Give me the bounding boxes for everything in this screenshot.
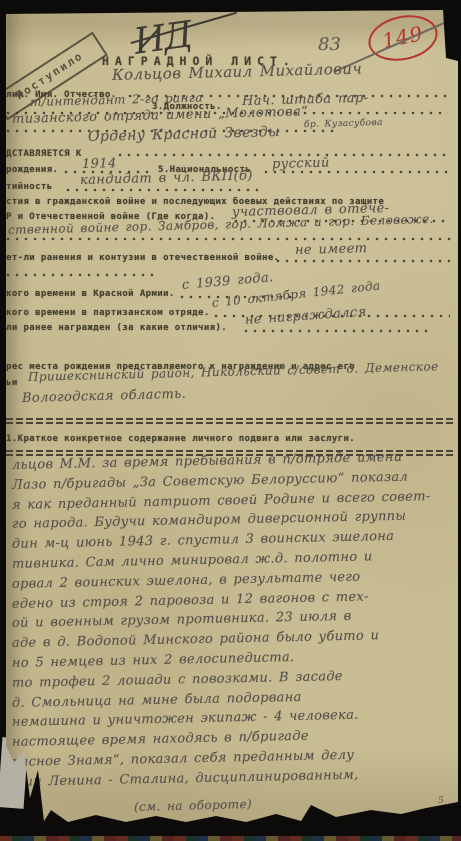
field-party-label: тийность	[6, 182, 53, 192]
field-partisan-label: кого времени в партизанском отряде.	[6, 308, 210, 318]
field-birth-label: рождения.	[6, 165, 58, 175]
dot-leader	[264, 170, 450, 174]
divider-rule	[6, 418, 456, 420]
field-wounds-value: не имеет	[295, 241, 368, 258]
dot-leader	[244, 329, 430, 333]
field-award-value: Ордену Красной Звезды	[88, 124, 280, 145]
feat-footer-note: (см. на обороте)	[134, 797, 252, 814]
field-wounds-label: ет-ли ранения и контузии в отечественной…	[6, 253, 279, 263]
divider-rule	[6, 422, 456, 424]
feat-text: льцов М.М. за время пребывания в п/отряд…	[8, 458, 456, 795]
field-award-label: ДСТАВЛЯЕТСЯ К	[6, 149, 82, 159]
scan-edge-color-strip	[0, 836, 461, 841]
field-army-label: кого времени в Красной Армии.	[6, 289, 175, 299]
feat-heading: 1.Краткое конкретное содержание личного …	[6, 434, 355, 444]
paper: Поступило ИД НАГРАДНОЙ ЛИСТ. 83 149 Коль…	[6, 10, 458, 838]
page-mark: 5	[438, 796, 444, 806]
red-crossed-number: 149	[364, 9, 442, 67]
dot-leader	[6, 237, 451, 241]
dot-leader	[6, 273, 158, 277]
field-address-value-2: Вологодская область.	[22, 387, 187, 406]
pencil-number: 83	[318, 34, 341, 55]
field-awards-label: ли ранее награжден (за какие отличия).	[6, 323, 227, 333]
field-party-value: кандидат в чл. ВКП(б)	[80, 168, 253, 188]
dot-leader	[276, 259, 450, 263]
dot-leader	[66, 188, 258, 192]
field-awards-value: не награждался	[244, 305, 367, 328]
field-army-value: с 1939 года.	[181, 270, 274, 293]
field-address-label-2: ьи	[6, 378, 18, 388]
